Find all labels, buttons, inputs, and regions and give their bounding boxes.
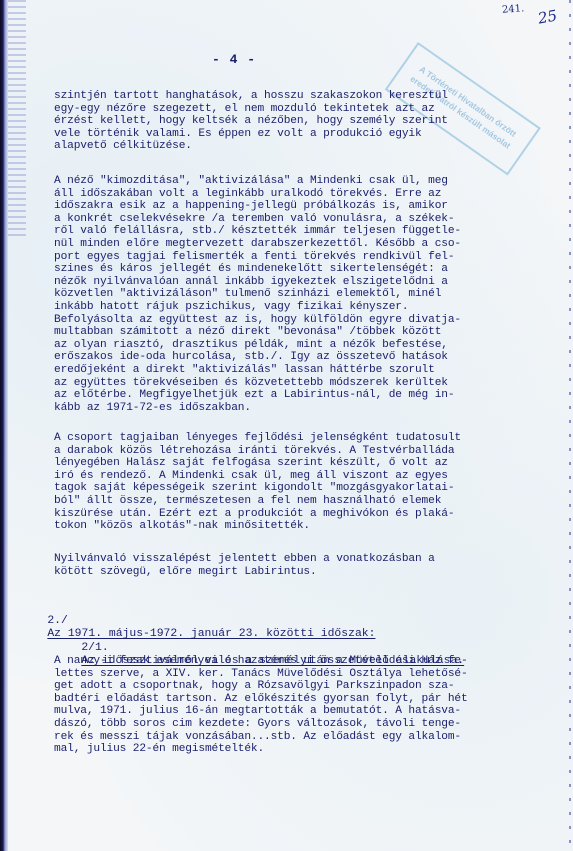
scan-right-edge (569, 0, 571, 851)
archive-number: 241. (502, 3, 525, 16)
text-line: egy-egy nézőre szegezett, el nem mozduló… (54, 103, 554, 116)
text-line: rek és messzi tájak vonzásában...stb. Az… (54, 731, 554, 744)
text-line: az előtérbe. Megfigyelhetjük ezt a Labir… (54, 389, 554, 402)
paragraph-2: A néző "kimozditása", "aktivizálása" a M… (54, 175, 554, 414)
text-line: get adott a csoportnak, hogy a Rózsavölg… (54, 680, 554, 693)
text-line: dászó, több soros cim kezdete: Gyors vál… (54, 718, 554, 731)
text-line: inkább hatott rájuk pszichikus, vagy fiz… (54, 301, 554, 314)
text-line: alapvető célkitüzése. (54, 140, 554, 153)
text-line: iró és rendező. A Mindenki csak ül, meg … (54, 470, 554, 483)
text-line: mulva, 1971. julius 16-án megtartották a… (54, 705, 554, 718)
text-line: kább az 1971-72-es időszakban. (54, 402, 554, 415)
scanned-document-page: 241. 25 A Történeti Hivatalban őrzött er… (0, 0, 573, 851)
text-line: érzést kellett, hogy keltsék a nézőben, … (54, 115, 554, 128)
text-line: közvetlen "aktivizáláson" tulmenő szinhá… (54, 288, 554, 301)
text-line: nézők nyilvánvalóan annál inkább igyekez… (54, 276, 554, 289)
text-line: A csoport tagjaiban lényeges fejlődési j… (54, 432, 554, 445)
text-line: mal, julius 22-én megismételték. (54, 743, 554, 756)
paragraph-1: szintjén tartott hanghatások, a hosszu s… (54, 90, 554, 153)
text-line: lettes szerve, a XIV. ker. Tanács Müvelő… (54, 668, 554, 681)
text-line: ről való felállásra, stb./ késztették im… (54, 225, 554, 238)
text-line: Nyilvánvaló visszalépést jelentett ebben… (54, 553, 554, 566)
text-line: az együttes törekvéseiben és közvetetteb… (54, 377, 554, 390)
text-line: erőszakos ide-oda hurcolása, stb./. Igy … (54, 351, 554, 364)
text-line: a darabok közös létrehozása iránti törek… (54, 445, 554, 458)
paragraph-3: A csoport tagjaiban lényeges fejlődési j… (54, 432, 554, 533)
scan-edge-noise (8, 0, 26, 240)
text-line: nül minden előre megtervezett darabszerk… (54, 238, 554, 251)
text-line: ból" állt össze, természetesen a fel nem… (54, 495, 554, 508)
text-line: A nancy-i fesztiválról való hazatérés ut… (54, 655, 554, 668)
text-line: lényegében Halász saját felfogása szerin… (54, 457, 554, 470)
text-line: multabban számitott a néző direkt "bevon… (54, 326, 554, 339)
text-line: badtéri előadást tartson. Az előkészités… (54, 693, 554, 706)
text-line: időszakra esik az a happening-jellegü pr… (54, 200, 554, 213)
subsection-number: 2/1. (81, 642, 108, 654)
text-line: port egyes tagjai felismerték a fenti tö… (54, 251, 554, 264)
section-number: 2./ (47, 615, 68, 627)
text-line: szines és káros jellegét és mindenekelőt… (54, 263, 554, 276)
handwritten-mark: 25 (537, 6, 559, 27)
text-line: az olyan riasztó, drasztikus példák, min… (54, 339, 554, 352)
text-line: kiszürése után. Ezért ezt a produkciót a… (54, 508, 554, 521)
text-line: áll időszakában volt a leginkább uralkod… (54, 188, 554, 201)
page-number: - 4 - (212, 52, 256, 67)
text-line: szintjén tartott hanghatások, a hosszu s… (54, 90, 554, 103)
text-line: tokon "közös alkotás"-nak minősitették. (54, 520, 554, 533)
paragraph-5: A nancy-i fesztiválról való hazatérés ut… (54, 655, 554, 756)
text-line: tagok saját képességeik szerint kigondol… (54, 482, 554, 495)
text-line: Befolyásolta az együttest az is, hogy kü… (54, 314, 554, 327)
text-line: a konkrét cselekvésekre /a teremben való… (54, 213, 554, 226)
text-line: eredőjeként a direkt "aktivizálás" lassa… (54, 364, 554, 377)
scan-binding-edge (0, 0, 8, 851)
text-line: vele történik valami. Es éppen ez volt a… (54, 128, 554, 141)
text-line: kötött szövegü, előre megirt Labirintus. (54, 566, 554, 579)
text-line: A néző "kimozditása", "aktivizálása" a M… (54, 175, 554, 188)
paragraph-4: Nyilvánvaló visszalépést jelentett ebben… (54, 553, 554, 578)
